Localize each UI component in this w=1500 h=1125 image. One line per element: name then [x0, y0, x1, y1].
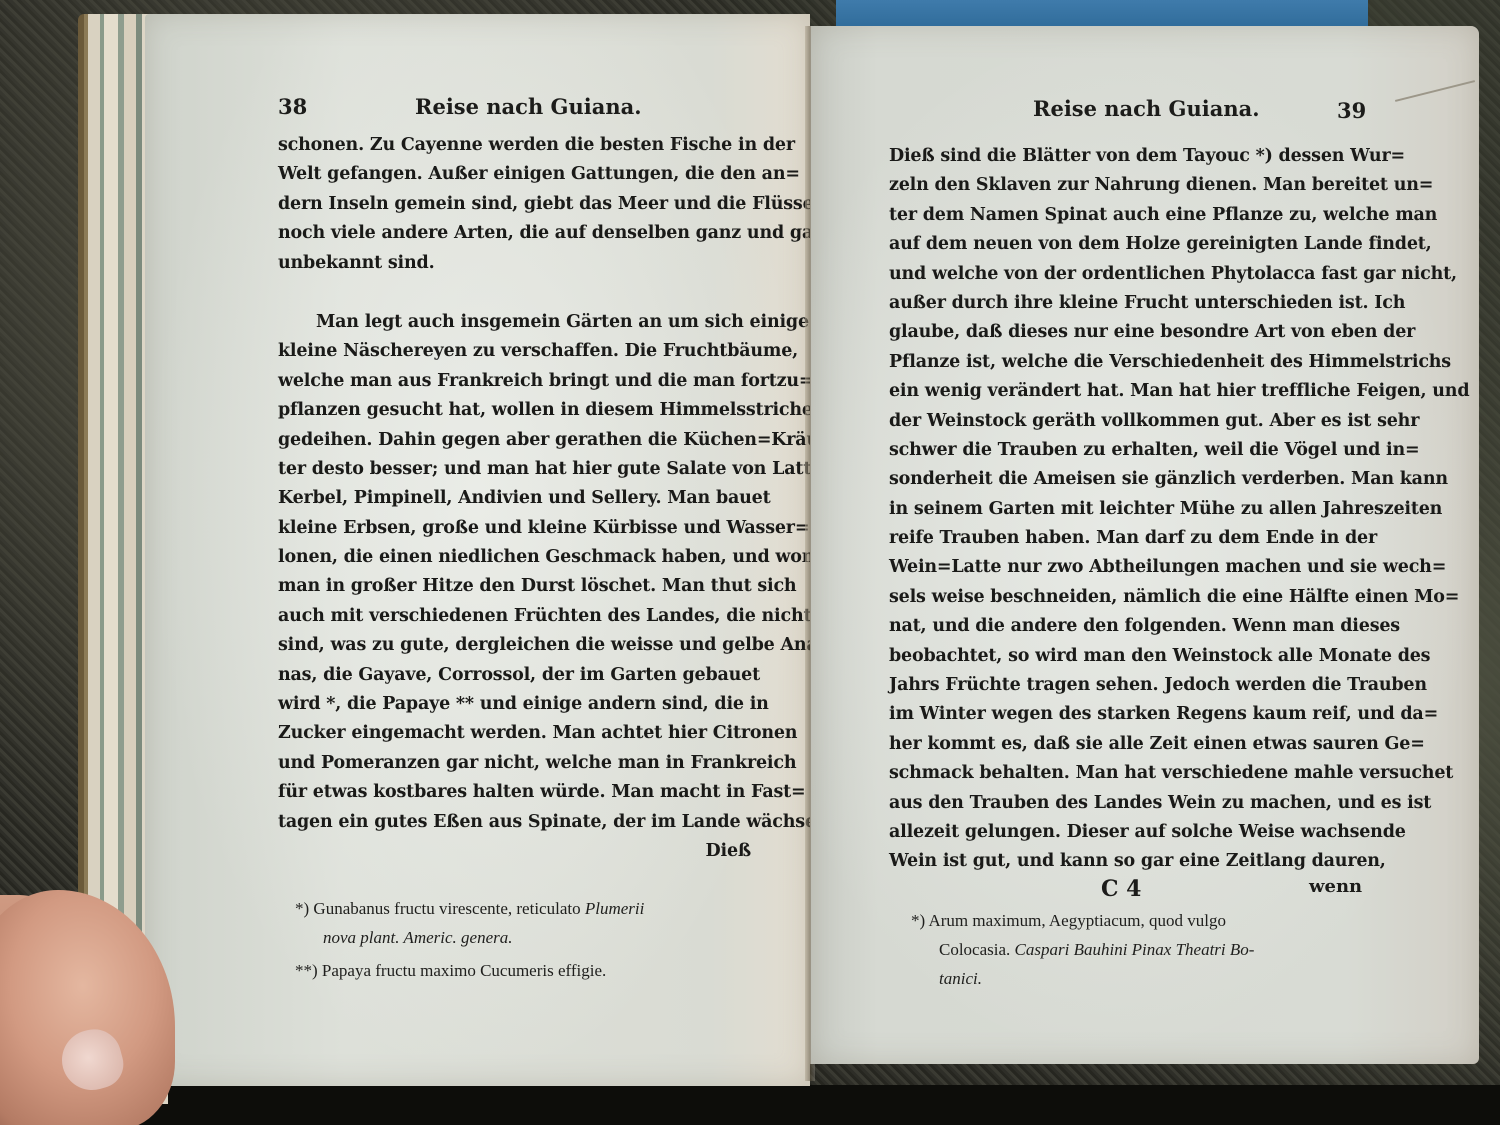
right-page-body: Dieß sind die Blätter von dem Tayouc *) …: [889, 142, 1352, 877]
text-line: lonen, die einen niedlichen Geschmack ha…: [278, 543, 751, 572]
text-line: sels weise beschneiden, nämlich die eine…: [889, 583, 1352, 612]
text-line: Jahrs Früchte tragen sehen. Jedoch werde…: [889, 671, 1352, 700]
text-line: zeln den Sklaven zur Nahrung dienen. Man…: [889, 171, 1352, 200]
left-page: 38 Reise nach Guiana. schonen. Zu Cayenn…: [145, 14, 810, 1086]
signature-line: C 4 wenn: [889, 876, 1352, 906]
text-line: Wein=Latte nur zwo Abtheilungen machen u…: [889, 553, 1352, 582]
table-shadow: [0, 1085, 1500, 1125]
text-line: schwer die Trauben zu erhalten, weil die…: [889, 436, 1352, 465]
text-line: ter dem Namen Spinat auch eine Pflanze z…: [889, 201, 1352, 230]
running-head-left: Reise nach Guiana.: [415, 94, 642, 119]
page-number-left: 38: [278, 94, 307, 119]
catchword: wenn: [1309, 876, 1362, 897]
text-line: nat, und die andere den folgenden. Wenn …: [889, 612, 1352, 641]
right-page: Reise nach Guiana. 39 Dieß sind die Blät…: [810, 26, 1479, 1064]
text-line: pflanzen gesucht hat, wollen in diesem H…: [278, 396, 751, 425]
text-line: und Pomeranzen gar nicht, welche man in …: [278, 749, 751, 778]
text-line: Pflanze ist, welche die Verschiedenheit …: [889, 348, 1352, 377]
text-line: tagen ein gutes Eßen aus Spinate, der im…: [278, 808, 751, 837]
text-line: ein wenig verändert hat. Man hat hier tr…: [889, 377, 1352, 406]
text-line: ter desto besser; und man hat hier gute …: [278, 455, 751, 484]
text-line: im Winter wegen des starken Regens kaum …: [889, 700, 1352, 729]
footnote-continuation: tanici.: [911, 964, 1361, 993]
footnote: *) Arum maximum, Aegyptiacum, quod vulgo: [911, 906, 1361, 935]
footnote: **) Papaya fructu maximo Cucumeris effig…: [295, 956, 765, 985]
signature-mark: C 4: [1101, 876, 1141, 902]
text-line: außer durch ihre kleine Frucht unterschi…: [889, 289, 1352, 318]
text-line: der Weinstock geräth vollkommen gut. Abe…: [889, 407, 1352, 436]
text-line: allezeit gelungen. Dieser auf solche Wei…: [889, 818, 1352, 847]
text-line: nas, die Gayave, Corrossol, der im Garte…: [278, 661, 751, 690]
text-line: sonderheit die Ameisen sie gänzlich verd…: [889, 465, 1352, 494]
text-line: Dieß sind die Blätter von dem Tayouc *) …: [889, 142, 1352, 171]
text-line: für etwas kostbares halten würde. Man ma…: [278, 778, 751, 807]
text-line: aus den Trauben des Landes Wein zu mache…: [889, 789, 1352, 818]
text-line: welche man aus Frankreich bringt und die…: [278, 367, 751, 396]
text-line: schmack behalten. Man hat verschiedene m…: [889, 759, 1352, 788]
text-line: kleine Näschereyen zu verschaffen. Die F…: [278, 337, 751, 366]
left-page-body: schonen. Zu Cayenne werden die besten Fi…: [278, 131, 751, 866]
paragraph: Man legt auch insgemein Gärten an um sic…: [278, 308, 751, 837]
paragraph: schonen. Zu Cayenne werden die besten Fi…: [278, 131, 751, 278]
text-line: und welche von der ordentlichen Phytolac…: [889, 260, 1352, 289]
text-line: glaube, daß dieses nur eine besondre Art…: [889, 318, 1352, 347]
footnote: *) Gunabanus fructu virescente, reticula…: [295, 894, 765, 923]
text-line: sind, was zu gute, dergleichen die weiss…: [278, 631, 751, 660]
text-line: wird *, die Papaye ** und einige andern …: [278, 690, 751, 719]
paper-crack: [1395, 80, 1475, 102]
page-number-right: 39: [1337, 98, 1366, 123]
right-footnotes: *) Arum maximum, Aegyptiacum, quod vulgo…: [911, 906, 1361, 993]
text-line: schonen. Zu Cayenne werden die besten Fi…: [278, 131, 751, 160]
text-line: noch viele andere Arten, die auf denselb…: [278, 219, 751, 248]
text-line: Wein ist gut, und kann so gar eine Zeitl…: [889, 847, 1352, 876]
text-line: reife Trauben haben. Man darf zu dem End…: [889, 524, 1352, 553]
text-line: dern Inseln gemein sind, giebt das Meer …: [278, 190, 751, 219]
catchword: Dieß: [278, 837, 751, 866]
text-line: auch mit verschiedenen Früchten des Land…: [278, 602, 751, 631]
text-line: in seinem Garten mit leichter Mühe zu al…: [889, 495, 1352, 524]
footnote-continuation: nova plant. Americ. genera.: [295, 923, 765, 952]
text-line: Zucker eingemacht werden. Man achtet hie…: [278, 719, 751, 748]
footnote-continuation: Colocasia. Caspari Bauhini Pinax Theatri…: [911, 935, 1361, 964]
running-head-right: Reise nach Guiana.: [1033, 96, 1260, 121]
paragraph: Dieß sind die Blätter von dem Tayouc *) …: [889, 142, 1352, 877]
text-line: man in großer Hitze den Durst löschet. M…: [278, 572, 751, 601]
text-line: kleine Erbsen, große und kleine Kürbisse…: [278, 514, 751, 543]
left-footnotes: *) Gunabanus fructu virescente, reticula…: [295, 894, 765, 985]
text-line: gedeihen. Dahin gegen aber gerathen die …: [278, 426, 751, 455]
text-line: beobachtet, so wird man den Weinstock al…: [889, 642, 1352, 671]
text-line: Welt gefangen. Außer einigen Gattungen, …: [278, 160, 751, 189]
text-line: auf dem neuen von dem Holze gereinigten …: [889, 230, 1352, 259]
text-line: Man legt auch insgemein Gärten an um sic…: [278, 308, 751, 337]
text-line: Kerbel, Pimpinell, Andivien und Sellery.…: [278, 484, 751, 513]
text-line: unbekannt sind.: [278, 249, 751, 278]
text-line: her kommt es, daß sie alle Zeit einen et…: [889, 730, 1352, 759]
